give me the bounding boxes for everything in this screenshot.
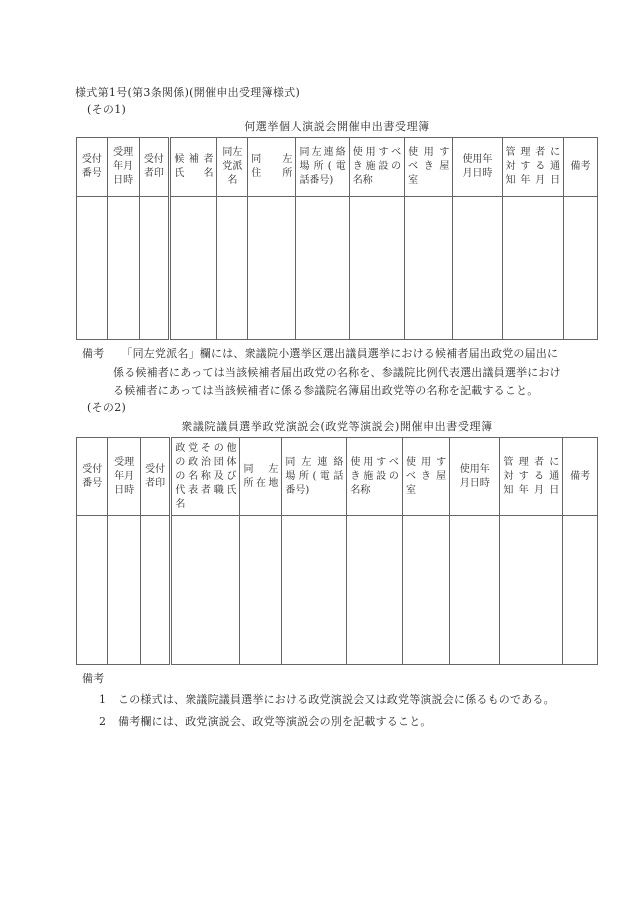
table1-note-line: る候補者にあっては当該候補者に係る参議院名簿届出政党等の名称を記載すること。 xyxy=(82,382,582,401)
table1-title: 何選挙個人演説会開催申出書受理簿 xyxy=(76,118,598,134)
table1-note-line: 備考「同左党派名」欄には、衆議院小選挙区選出議員選挙における候補者届出政党の届出… xyxy=(82,345,582,364)
empty-cell xyxy=(140,516,170,665)
col-header-remarks: 備考 xyxy=(564,138,598,197)
table2-notes-label: 備考 xyxy=(82,672,105,686)
note-number: 2 xyxy=(99,715,118,729)
table2-party-speech-register: 受付番号 受理年月日時 受付者印 政党その他の政治団体の名称及び代表者職氏名 同… xyxy=(76,437,598,665)
col-header-address-same-as-left: 同左住所 xyxy=(248,138,296,197)
section1-label: (その1) xyxy=(87,103,126,117)
table1-individual-speech-register: 受付番号 受理年月日時 受付者印 候補者氏名 同左党派名 同左住所 同左連絡場所… xyxy=(76,137,598,340)
table1-note: 備考「同左党派名」欄には、衆議院小選挙区選出議員選挙における候補者届出政党の届出… xyxy=(82,345,582,401)
empty-cell xyxy=(77,197,108,340)
empty-cell xyxy=(563,516,598,665)
empty-cell xyxy=(248,197,296,340)
col-header-location-same-as-left: 同左所在地 xyxy=(240,438,282,516)
table1-header-row: 受付番号 受理年月日時 受付者印 候補者氏名 同左党派名 同左住所 同左連絡場所… xyxy=(77,138,598,197)
col-header-facility-name: 使用すべき施設の名称 xyxy=(347,438,403,516)
col-header-receipt-datetime: 受理年月日時 xyxy=(108,438,140,516)
col-header-facility-name: 使用すべき施設の名称 xyxy=(349,138,404,197)
col-header-remarks: 備考 xyxy=(563,438,598,516)
empty-cell xyxy=(502,197,564,340)
col-header-contact-place-same-as-left: 同左連絡場所(電話番号) xyxy=(282,438,347,516)
note-text: この様式は、衆議院議員選挙における政党演説会又は政党等演説会に係るものである。 xyxy=(118,693,555,706)
empty-cell xyxy=(500,516,563,665)
empty-cell xyxy=(171,516,240,665)
empty-cell xyxy=(107,197,139,340)
table1-note-text: 「同左党派名」欄には、衆議院小選挙区選出議員選挙における候補者届出政党の届出に xyxy=(121,347,558,360)
empty-cell xyxy=(564,197,598,340)
table1-note-line: 係る候補者にあっては当該候補者届出政党の名称を、参議院比例代表選出議員選挙におけ xyxy=(82,364,582,383)
col-header-manager-notification-date: 管理者に対する通知年月日 xyxy=(502,138,564,197)
empty-cell xyxy=(217,197,248,340)
table2-note-item-2: 2備考欄には、政党演説会、政党等演説会の別を記載すること。 xyxy=(99,715,432,729)
table2-empty-row xyxy=(77,516,598,665)
col-header-receiver-seal: 受付者印 xyxy=(140,438,170,516)
empty-cell xyxy=(296,197,349,340)
empty-cell xyxy=(405,197,453,340)
col-header-receipt-number: 受付番号 xyxy=(77,138,108,197)
empty-cell xyxy=(282,516,347,665)
empty-cell xyxy=(77,516,108,665)
empty-cell xyxy=(450,516,500,665)
note-number: 1 xyxy=(99,693,118,707)
empty-cell xyxy=(139,197,170,340)
document-page: 様式第1号(第3条関係)(開催申出受理簿様式) (その1) 何選挙個人演説会開催… xyxy=(0,0,630,915)
form-title: 様式第1号(第3条関係)(開催申出受理簿様式) xyxy=(75,86,300,100)
table2-header-row: 受付番号 受理年月日時 受付者印 政党その他の政治団体の名称及び代表者職氏名 同… xyxy=(77,438,598,516)
col-header-use-datetime: 使用年月日時 xyxy=(450,438,500,516)
empty-cell xyxy=(349,197,404,340)
table1-empty-row xyxy=(77,197,598,340)
col-header-receipt-number: 受付番号 xyxy=(77,438,108,516)
empty-cell xyxy=(347,516,403,665)
col-header-party-name-same-as-left: 同左党派名 xyxy=(217,138,248,197)
col-header-use-datetime: 使用年月日時 xyxy=(453,138,502,197)
col-header-receiver-seal: 受付者印 xyxy=(139,138,170,197)
empty-cell xyxy=(170,197,217,340)
empty-cell xyxy=(402,516,449,665)
col-header-room-to-use: 使用すべき屋室 xyxy=(402,438,449,516)
table1-note-label: 備考 xyxy=(82,347,104,360)
empty-cell xyxy=(108,516,140,665)
col-header-candidate-name: 候補者氏名 xyxy=(170,138,217,197)
col-header-party-org-name-and-representative: 政党その他の政治団体の名称及び代表者職氏名 xyxy=(171,438,240,516)
col-header-receipt-datetime: 受理年月日時 xyxy=(107,138,139,197)
col-header-manager-notification-date: 管理者に対する通知年月日 xyxy=(500,438,563,516)
col-header-room-to-use: 使用すべき屋室 xyxy=(405,138,453,197)
empty-cell xyxy=(240,516,282,665)
empty-cell xyxy=(453,197,502,340)
table2-title: 衆議院議員選挙政党演説会(政党等演説会)開催申出書受理簿 xyxy=(76,418,598,434)
table2-note-item-1: 1この様式は、衆議院議員選挙における政党演説会又は政党等演説会に係るものである。 xyxy=(99,693,555,707)
col-header-contact-place-same-as-left: 同左連絡場所(電話番号) xyxy=(296,138,349,197)
note-text: 備考欄には、政党演説会、政党等演説会の別を記載すること。 xyxy=(118,715,432,728)
section2-label: (その2) xyxy=(87,401,126,415)
